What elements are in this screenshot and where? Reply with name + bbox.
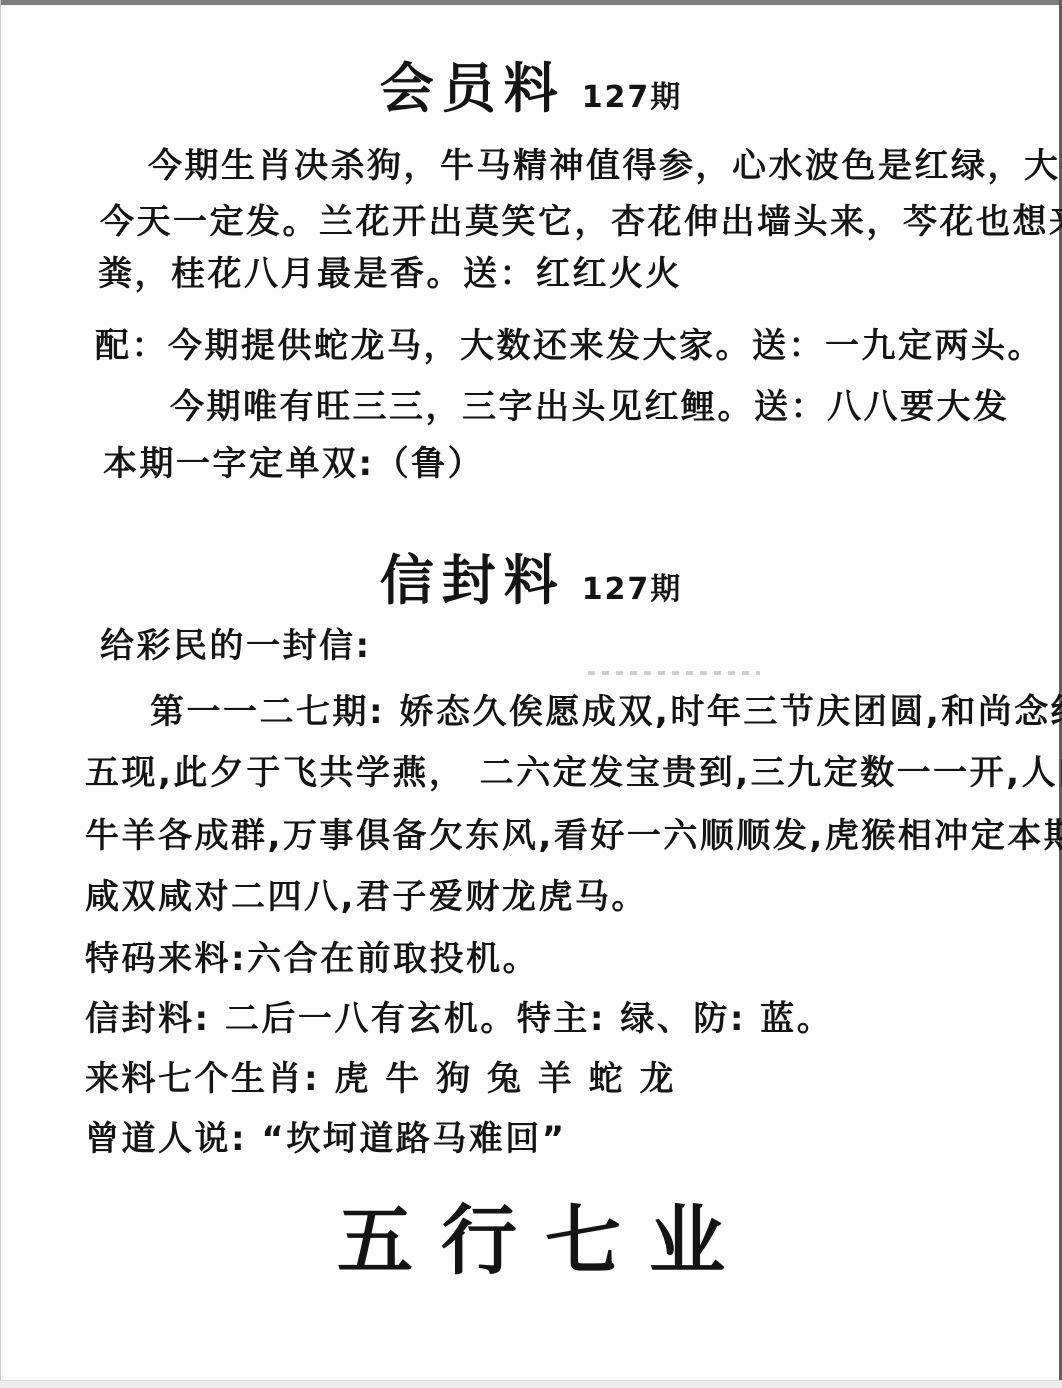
scan-edge-top	[0, 0, 1062, 5]
text-line: 特码来料:六合在前取投机。	[85, 931, 539, 980]
member-title-text: 会员料	[380, 57, 566, 120]
text-line: 五现,此夕于飞共学燕， 二六定发宝贵到,三九定数一一开,人间	[85, 745, 1062, 794]
text-line: 曾道人说: “坎坷道路马难回”	[85, 1111, 567, 1160]
text-line: 配：今期提供蛇龙马，大数还来发大家。送：一九定两头。	[95, 318, 1044, 367]
text-line: 本期一字定单双:（鲁）	[103, 436, 484, 485]
text-line: 今期唯有旺三三，三字出头见红鲤。送：八八要大发	[170, 379, 1010, 428]
member-section-title: 会员料127期	[0, 46, 1062, 123]
text-line: 今期生肖决杀狗，牛马精神值得参，心水波色是红绿，大数	[148, 138, 1062, 187]
envelope-section-title: 信封料127期	[0, 538, 1062, 615]
text-line: 来料七个生肖: 虎 牛 狗 兔 羊 蛇 龙	[85, 1051, 676, 1100]
text-line: 今天一定发。兰花开出莫笑它，杏花伸出墙头来，芩花也想来分	[100, 194, 1062, 243]
text-line: 信封料: 二后一八有玄机。特主: 绿、防: 蓝。	[85, 991, 833, 1040]
envelope-title-text: 信封料	[380, 549, 566, 612]
text-line: 第一一二七期: 娇态久俟愿成双,时年三节庆团圆,和尚念经四	[150, 684, 1062, 733]
text-line: 牛羊各成群,万事俱备欠东风,看好一六顺顺发,虎猴相冲定本期,	[85, 808, 1062, 857]
text-line: 咸双咸对二四八,君子爱财龙虎马。	[85, 869, 648, 918]
scanned-document-page: 会员料127期 今期生肖决杀狗，牛马精神值得参，心水波色是红绿，大数 今天一定发…	[0, 0, 1062, 1388]
member-issue-number: 127期	[582, 80, 683, 115]
scan-edge-bottom	[0, 1380, 1062, 1388]
envelope-issue-number: 127期	[582, 572, 683, 607]
scan-smudge-artifact	[588, 671, 760, 675]
text-line: 粪，桂花八月最是香。送：红红火火	[98, 246, 682, 295]
footer-slogan: 五行七业	[0, 1180, 1062, 1289]
letter-intro-line: 给彩民的一封信:	[100, 618, 372, 667]
